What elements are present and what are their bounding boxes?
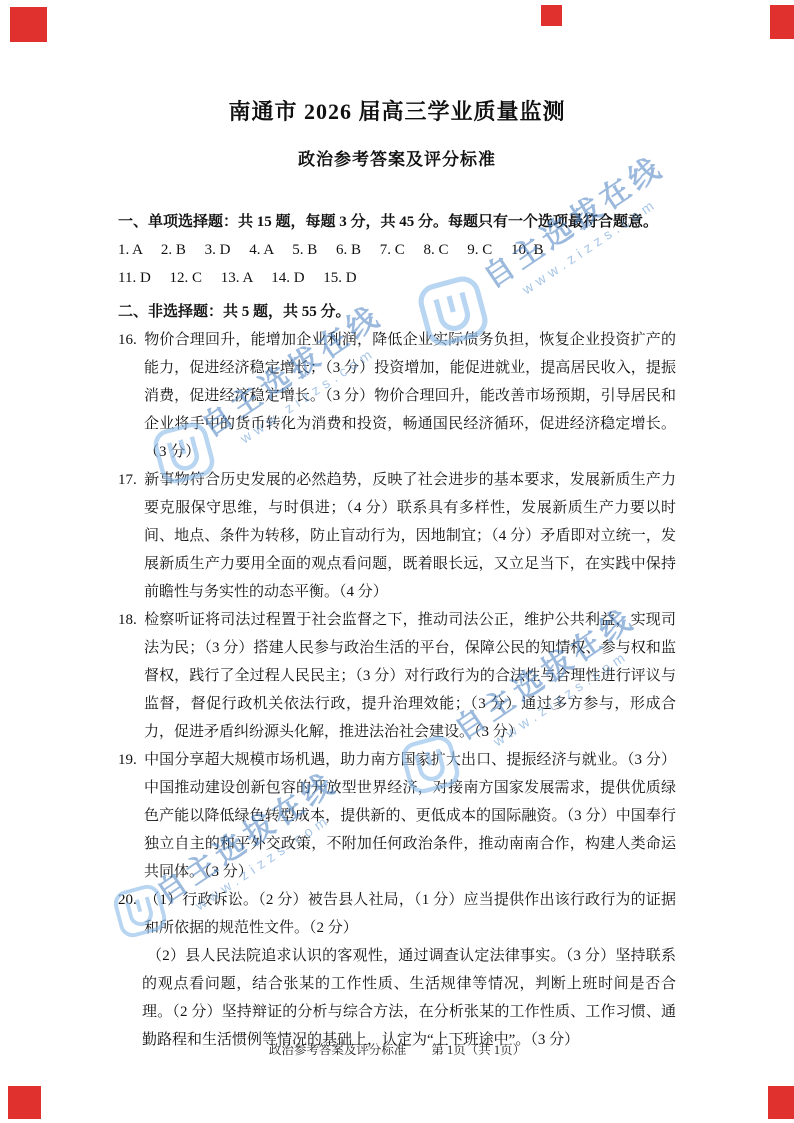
- question-text: 检察听证将司法过程置于社会监督之下，推动司法公正，维护公共利益，实现司法为民；（…: [144, 612, 676, 740]
- question-17-answer: 17.新事物符合历史发展的必然趋势，反映了社会进步的基本要求，发展新质生产力要克…: [118, 466, 676, 606]
- red-marker-bottom-left: [8, 1086, 41, 1119]
- question-number: 18.: [118, 606, 144, 634]
- question-text: 物价合理回升，能增加企业利润，降低企业实际债务负担，恢复企业投资扩产的能力，促进…: [144, 332, 676, 460]
- question-number: 16.: [118, 326, 144, 354]
- question-number: 20.: [118, 886, 144, 914]
- question-18-answer: 18.检察听证将司法过程置于社会监督之下，推动司法公正，维护公共利益，实现司法为…: [118, 606, 676, 746]
- red-marker-top-middle: [541, 5, 562, 26]
- question-20-answer-part1: 20.（1）行政诉讼。（2 分）被告县人社局，（1 分）应当提供作出该行政行为的…: [118, 886, 676, 942]
- answer-key-page: 自主选拔在线 www.zizzs.com 自主选拔在线 www.zizzs.co…: [0, 0, 794, 1123]
- choice-answers-line-2: 11. D 12. C 13. A 14. D 15. D: [118, 264, 676, 292]
- section2-heading: 二、非选择题：共 5 题，共 55 分。: [118, 298, 676, 326]
- red-marker-bottom-right: [768, 1086, 794, 1119]
- question-text: （2）县人民法院追求认识的客观性，通过调查认定法律事实。（3 分）坚持联系的观点…: [142, 948, 676, 1048]
- question-number: 17.: [118, 466, 144, 494]
- question-text: （1）行政诉讼。（2 分）被告县人社局，（1 分）应当提供作出该行政行为的证据和…: [144, 892, 676, 936]
- question-text: 新事物符合历史发展的必然趋势，反映了社会进步的基本要求，发展新质生产力要克服保守…: [144, 472, 676, 600]
- document-body: 南通市 2026 届高三学业质量监测 政治参考答案及评分标准 一、单项选择题：共…: [118, 97, 676, 1054]
- red-marker-top-right: [770, 5, 794, 39]
- question-number: 19.: [118, 746, 144, 774]
- question-19-answer: 19.中国分享超大规模市场机遇，助力南方国家扩大出口、提振经济与就业。（3 分）…: [118, 746, 676, 886]
- question-text: 中国分享超大规模市场机遇，助力南方国家扩大出口、提振经济与就业。（3 分）中国推…: [144, 752, 676, 880]
- page-footer: 政治参考答案及评分标准 第 1页（共 1页）: [0, 1040, 794, 1058]
- page-title: 南通市 2026 届高三学业质量监测: [118, 97, 676, 127]
- question-20-answer-part2: （2）县人民法院追求认识的客观性，通过调查认定法律事实。（3 分）坚持联系的观点…: [118, 942, 676, 1054]
- page-subtitle: 政治参考答案及评分标准: [118, 148, 676, 172]
- question-16-answer: 16.物价合理回升，能增加企业利润，降低企业实际债务负担，恢复企业投资扩产的能力…: [118, 326, 676, 466]
- red-marker-top-left: [10, 7, 47, 42]
- choice-answers-line-1: 1. A 2. B 3. D 4. A 5. B 6. B 7. C 8. C …: [118, 236, 676, 264]
- section1-heading: 一、单项选择题：共 15 题，每题 3 分，共 45 分。每题只有一个选项最符合…: [118, 208, 676, 236]
